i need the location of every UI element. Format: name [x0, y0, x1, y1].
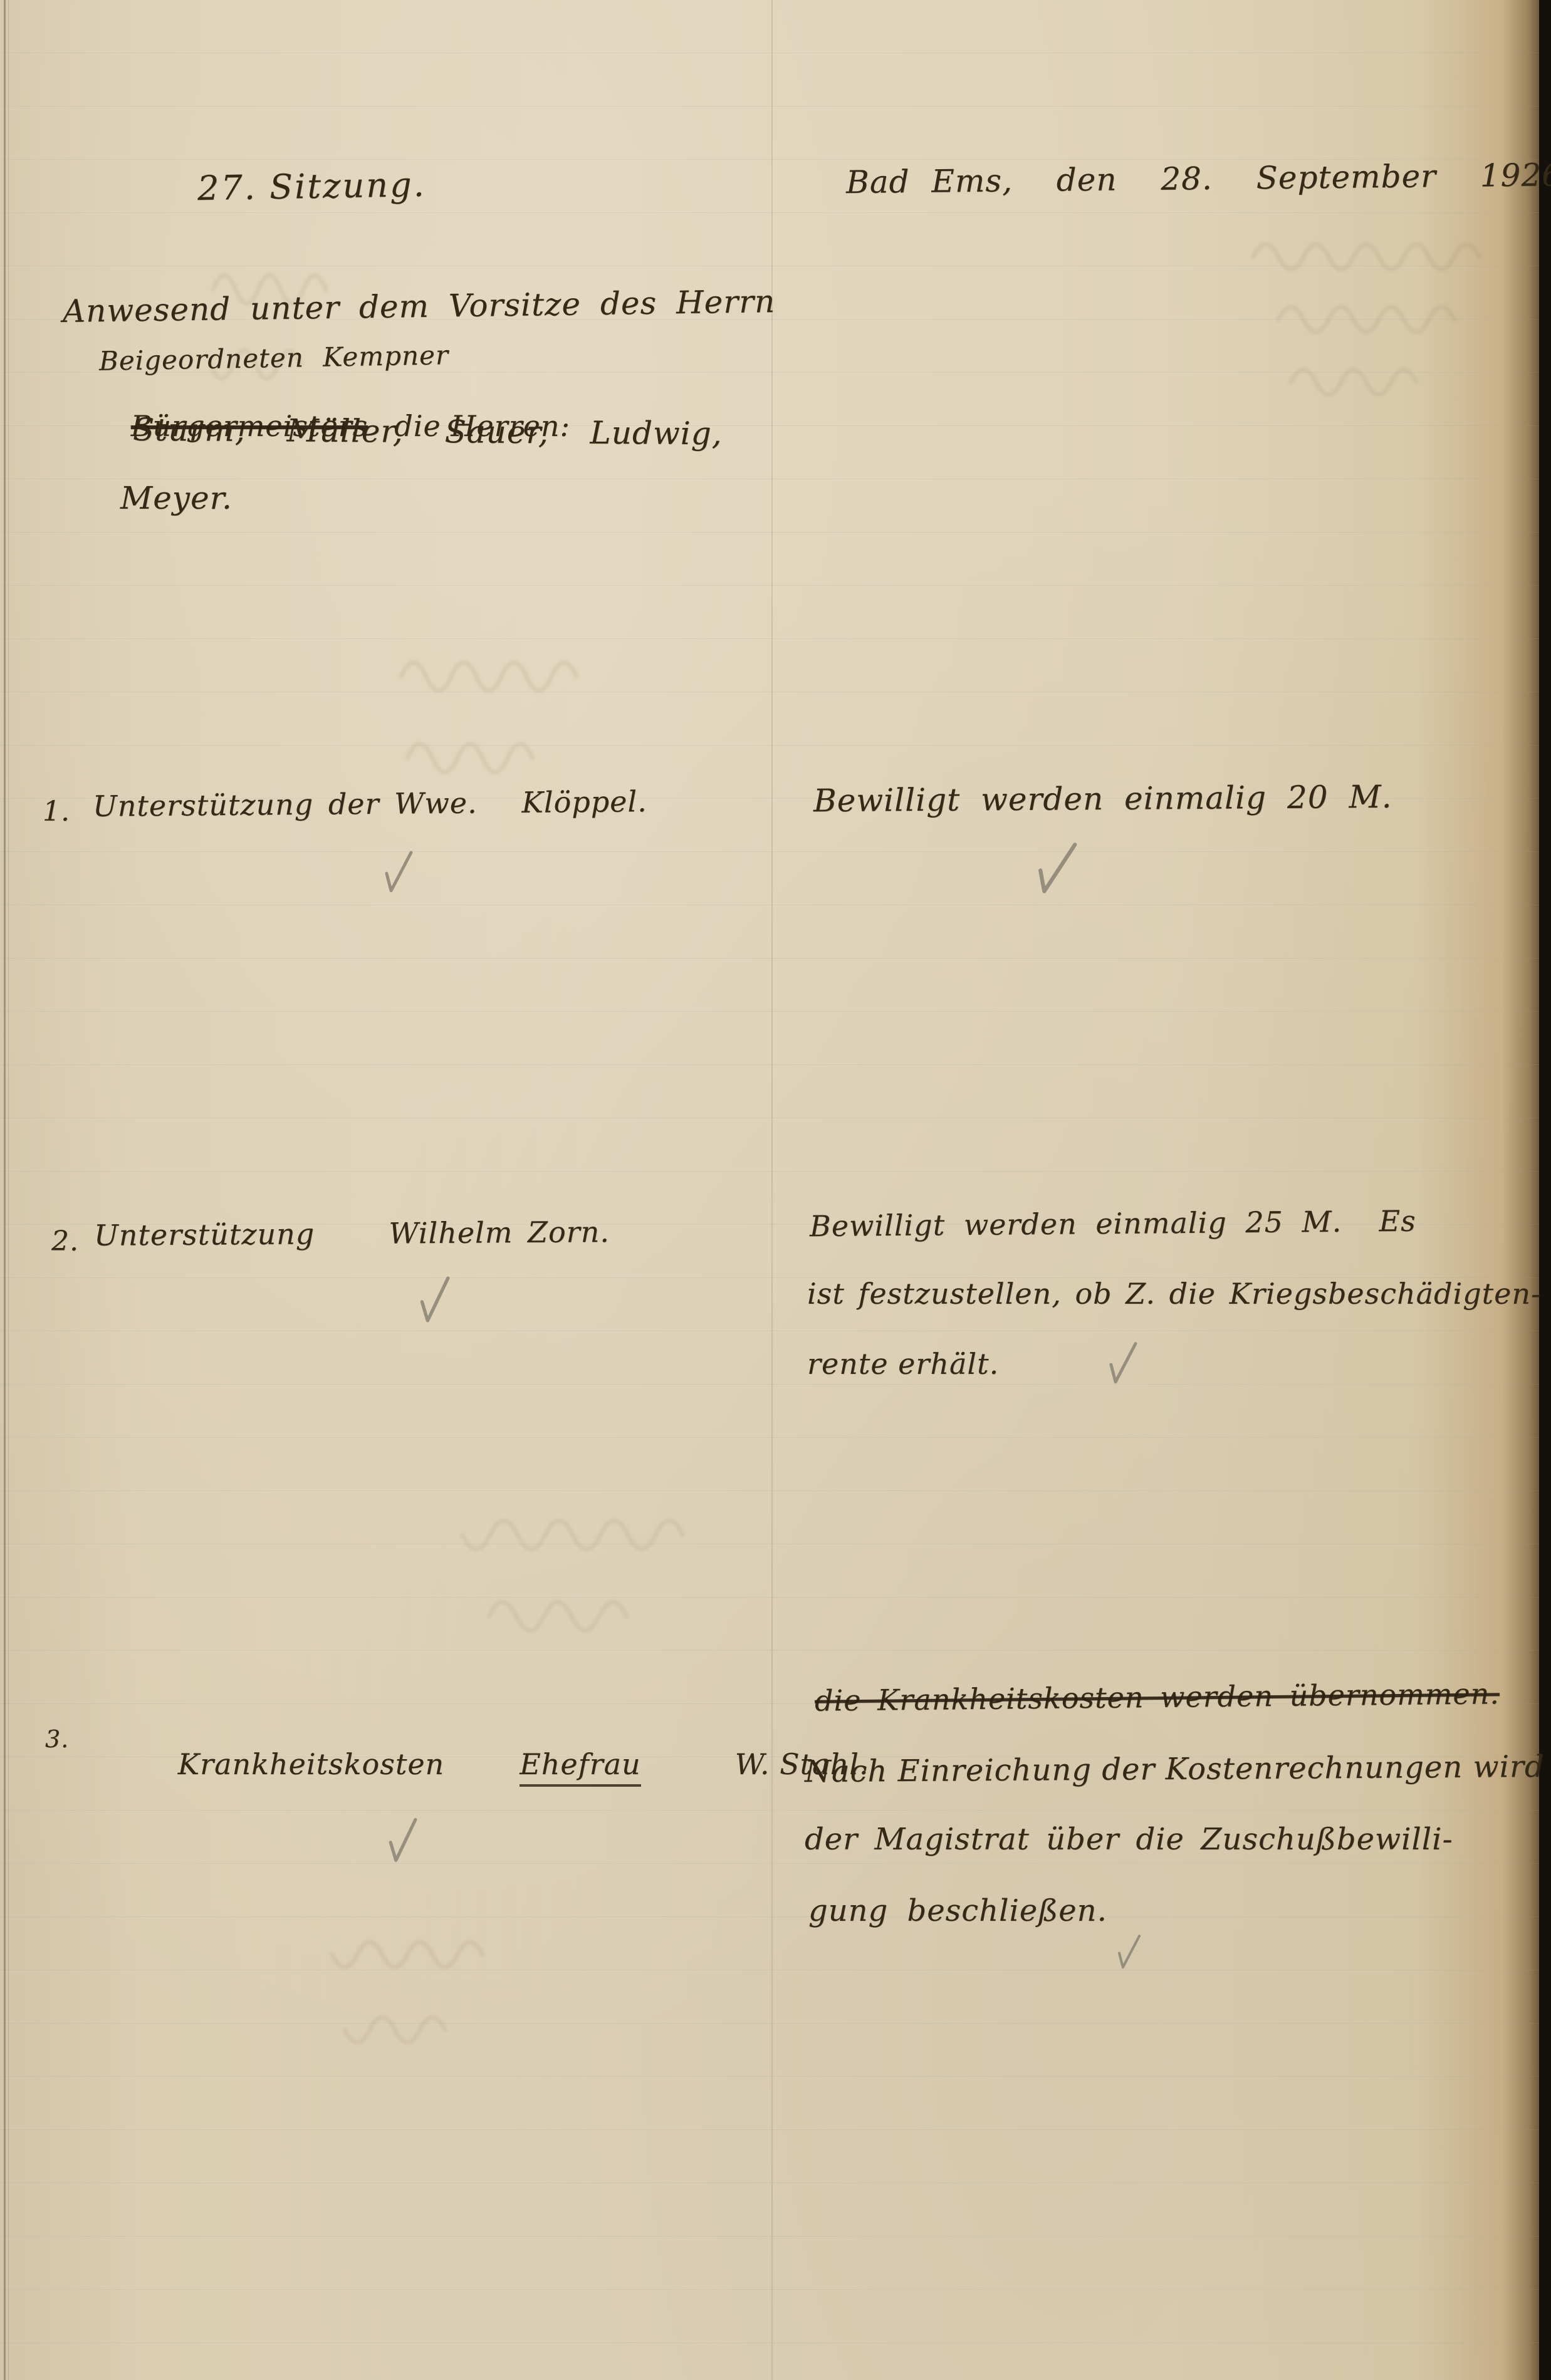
attendance-inserted-correction: Beigeordneten Kempner [99, 341, 449, 376]
left-edge-crease-2 [8, 0, 9, 2380]
ink-showthrough-ghost [163, 1491, 696, 1679]
item-2-subject: Unterstützung Wilhelm Zorn. [94, 1216, 610, 1251]
item-3-resolution-line-2: der Magistrat über die Zuschußbewilli- [805, 1823, 1453, 1856]
session-title: 27. Sitzung. [197, 166, 427, 207]
ink-showthrough-ghost [56, 1917, 495, 2080]
pencil-checkmark-icon [1030, 833, 1080, 903]
item-3-subject-underlined: Ehefrau [520, 1747, 641, 1787]
center-fold-line [771, 0, 773, 2380]
scanned-minutes-page: 27. Sitzung. Bad Ems, den 28. September … [0, 0, 1551, 2380]
attendance-opening-line: Anwesend unter dem Vorsitze des Herrn [63, 284, 776, 329]
attendance-names-line-2: Meyer. [120, 481, 232, 516]
pencil-checkmark-icon [1114, 1930, 1142, 1973]
item-3-resolution-line-3: gung beschließen. [808, 1894, 1107, 1928]
item-1-resolution-line-1: Bewilligt werden einmalig 20 M. [813, 780, 1392, 818]
item-3-resolution-line-1: Nach Einreichung der Kostenrechnungen wi… [805, 1750, 1545, 1789]
item-3-resolution-struck-line: die Krankheitskosten werden übernommen. [815, 1678, 1500, 1717]
item-2-resolution-line-1: Bewilligt werden einmalig 25 M. Es [810, 1205, 1416, 1242]
pencil-checkmark-icon [385, 1812, 419, 1868]
item-2-resolution-line-2: ist festzustellen, ob Z. die Kriegsbesch… [807, 1278, 1542, 1310]
dateline: Bad Ems, den 28. September 1926. [846, 158, 1551, 200]
item-2-number: 2. [51, 1227, 79, 1257]
item-3-subject-prefix: Krankheitskosten [178, 1747, 444, 1781]
pencil-checkmark-icon [416, 1271, 452, 1329]
attendance-names-line-1: Sturm, Müller, Sauer, Ludwig, [133, 413, 723, 452]
left-edge-crease [4, 0, 6, 2380]
paper-sheet: 27. Sitzung. Bad Ems, den 28. September … [0, 0, 1539, 2380]
pencil-checkmark-icon [1105, 1336, 1139, 1389]
item-2-resolution-line-3: rente erhält. [807, 1348, 999, 1380]
item-3-number: 3. [45, 1727, 69, 1753]
pencil-checkmark-icon [380, 845, 414, 897]
item-1-subject: Unterstützung der Wwe. Klöppel. [93, 786, 647, 822]
ink-showthrough-ghost [896, 219, 1491, 432]
item-3-subject: KrankheitskostenEhefrauW. Stahl. [119, 1717, 869, 1812]
item-1-number: 1. [43, 797, 70, 827]
